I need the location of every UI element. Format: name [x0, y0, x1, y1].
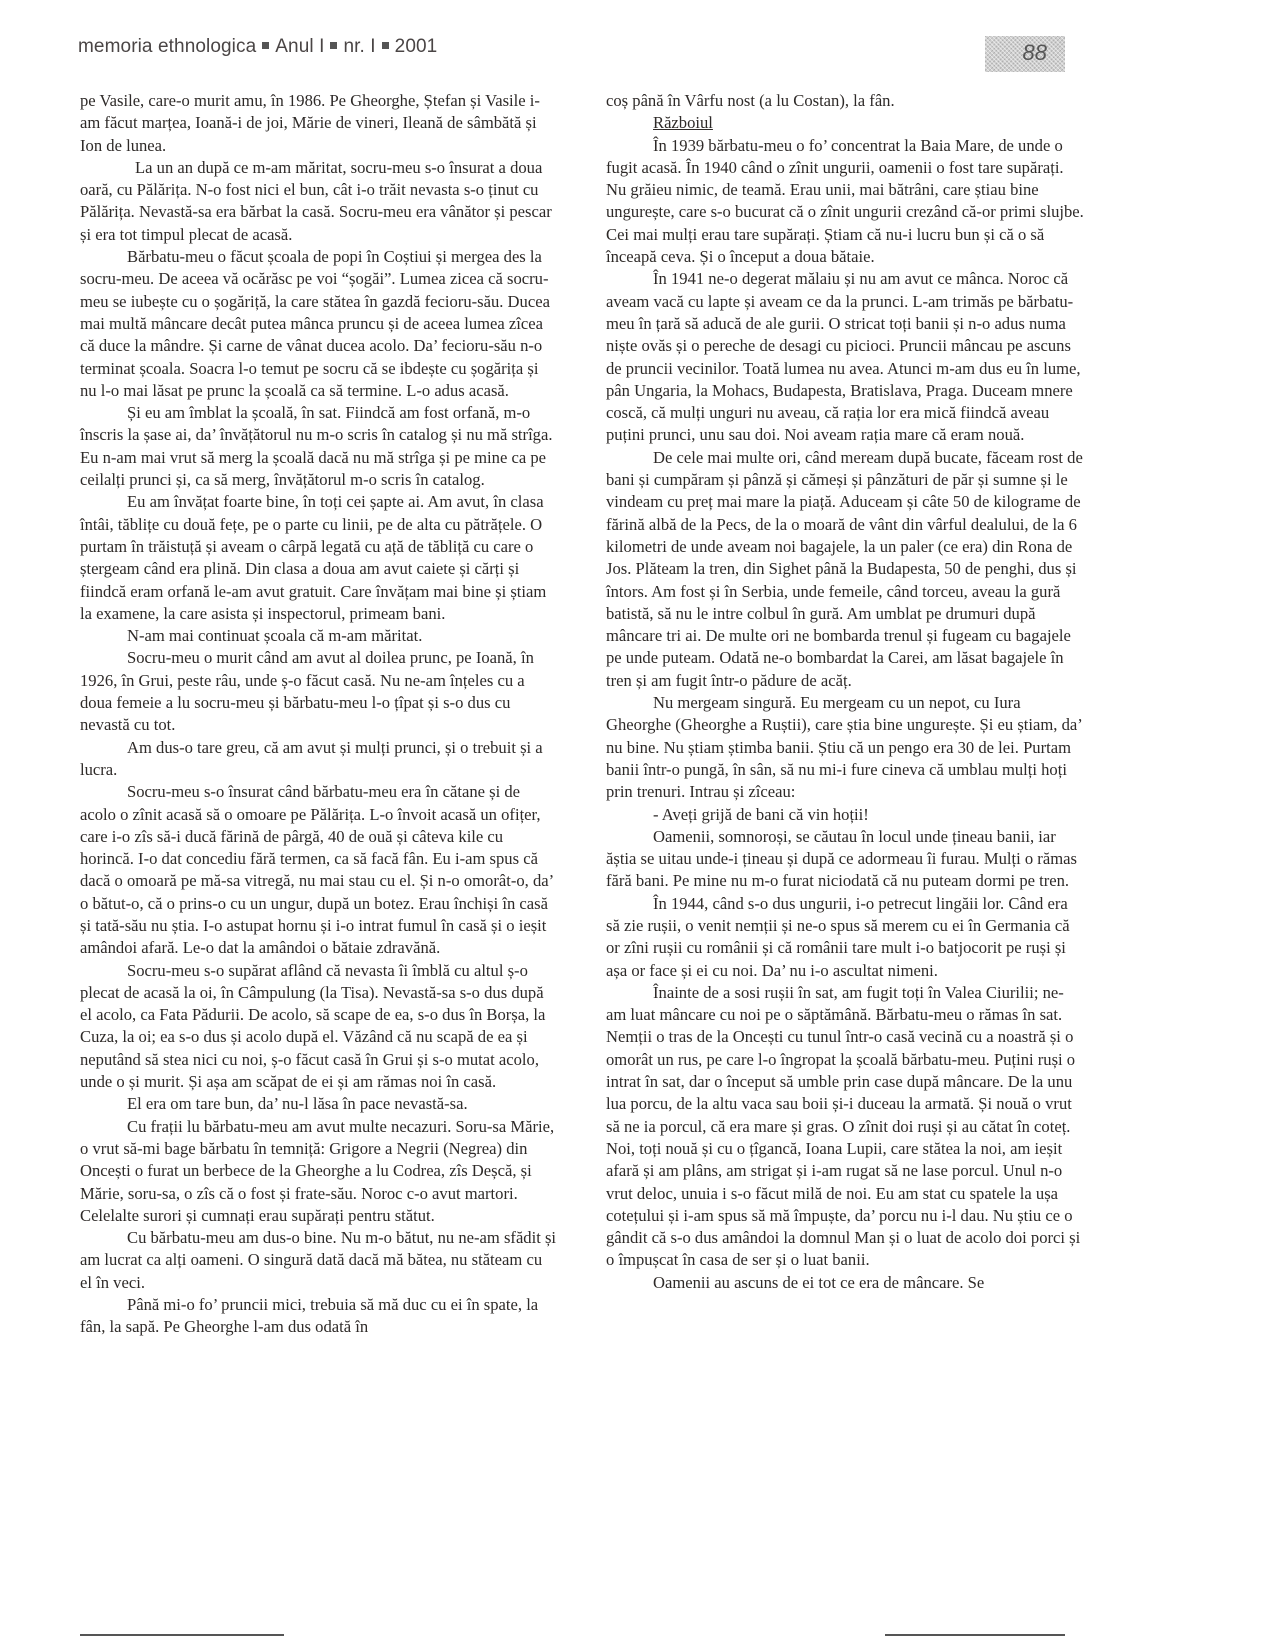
paragraph: În 1939 bărbatu-meu o fo’ concentrat la …	[606, 135, 1084, 269]
paragraph: Am dus-o tare greu, că am avut și mulți …	[80, 737, 558, 782]
paragraph: Eu am învățat foarte bine, în toți cei ș…	[80, 491, 558, 625]
paragraph: Până mi-o fo’ pruncii mici, trebuia să m…	[80, 1294, 558, 1339]
paragraph: Socru-meu s-o supărat aflând că nevasta …	[80, 960, 558, 1094]
page-number-box: 88	[985, 36, 1065, 72]
footer-rule-right	[885, 1634, 1065, 1636]
paragraph: La un an după ce m-am măritat, socru-meu…	[80, 157, 558, 246]
paragraph: pe Vasile, care-o murit amu, în 1986. Pe…	[80, 90, 558, 157]
publication-year: 2001	[395, 36, 438, 57]
left-column: pe Vasile, care-o murit amu, în 1986. Pe…	[80, 90, 558, 1339]
page-number: 88	[1023, 40, 1047, 66]
paragraph: Socru-meu s-o însurat când bărbatu-meu e…	[80, 781, 558, 959]
square-bullet-icon	[330, 42, 337, 49]
paragraph: coș până în Vârfu nost (a lu Costan), la…	[606, 90, 1084, 112]
square-bullet-icon	[382, 42, 389, 49]
journal-title: memoria ethnologica	[78, 36, 256, 57]
paragraph: Oamenii au ascuns de ei tot ce era de mâ…	[606, 1272, 1084, 1294]
issue-label: nr. I	[343, 36, 375, 57]
paragraph: El era om tare bun, da’ nu-l lăsa în pac…	[80, 1093, 558, 1115]
paragraph: În 1941 ne-o degerat mălaiu și nu am avu…	[606, 268, 1084, 446]
paragraph: Cu bărbatu-meu am dus-o bine. Nu m-o băt…	[80, 1227, 558, 1294]
square-bullet-icon	[262, 42, 269, 49]
footer-rule-left	[80, 1634, 284, 1636]
paragraph: Înainte de a sosi rușii în sat, am fugit…	[606, 982, 1084, 1272]
section-heading: Războiul	[606, 112, 1084, 134]
dialogue-line: - Aveți grijă de bani că vin hoții!	[606, 804, 1084, 826]
right-column: coș până în Vârfu nost (a lu Costan), la…	[606, 90, 1084, 1294]
paragraph: De cele mai multe ori, când meream după …	[606, 447, 1084, 692]
paragraph: În 1944, când s-o dus ungurii, i-o petre…	[606, 893, 1084, 982]
paragraph: Oamenii, somnoroși, se căutau în locul u…	[606, 826, 1084, 893]
paragraph: Bărbatu-meu o făcut școala de popi în Co…	[80, 246, 558, 402]
paragraph: Socru-meu o murit când am avut al doilea…	[80, 647, 558, 736]
paragraph: Nu mergeam singură. Eu mergeam cu un nep…	[606, 692, 1084, 803]
paragraph: Cu frații lu bărbatu-meu am avut multe n…	[80, 1116, 558, 1227]
paragraph: N-am mai continuat școala că m-am mărita…	[80, 625, 558, 647]
running-header: memoria ethnologicaAnul Inr. I2001	[78, 36, 437, 58]
paragraph: Și eu am îmblat la școală, în sat. Fiind…	[80, 402, 558, 491]
volume-label: Anul I	[275, 36, 324, 57]
